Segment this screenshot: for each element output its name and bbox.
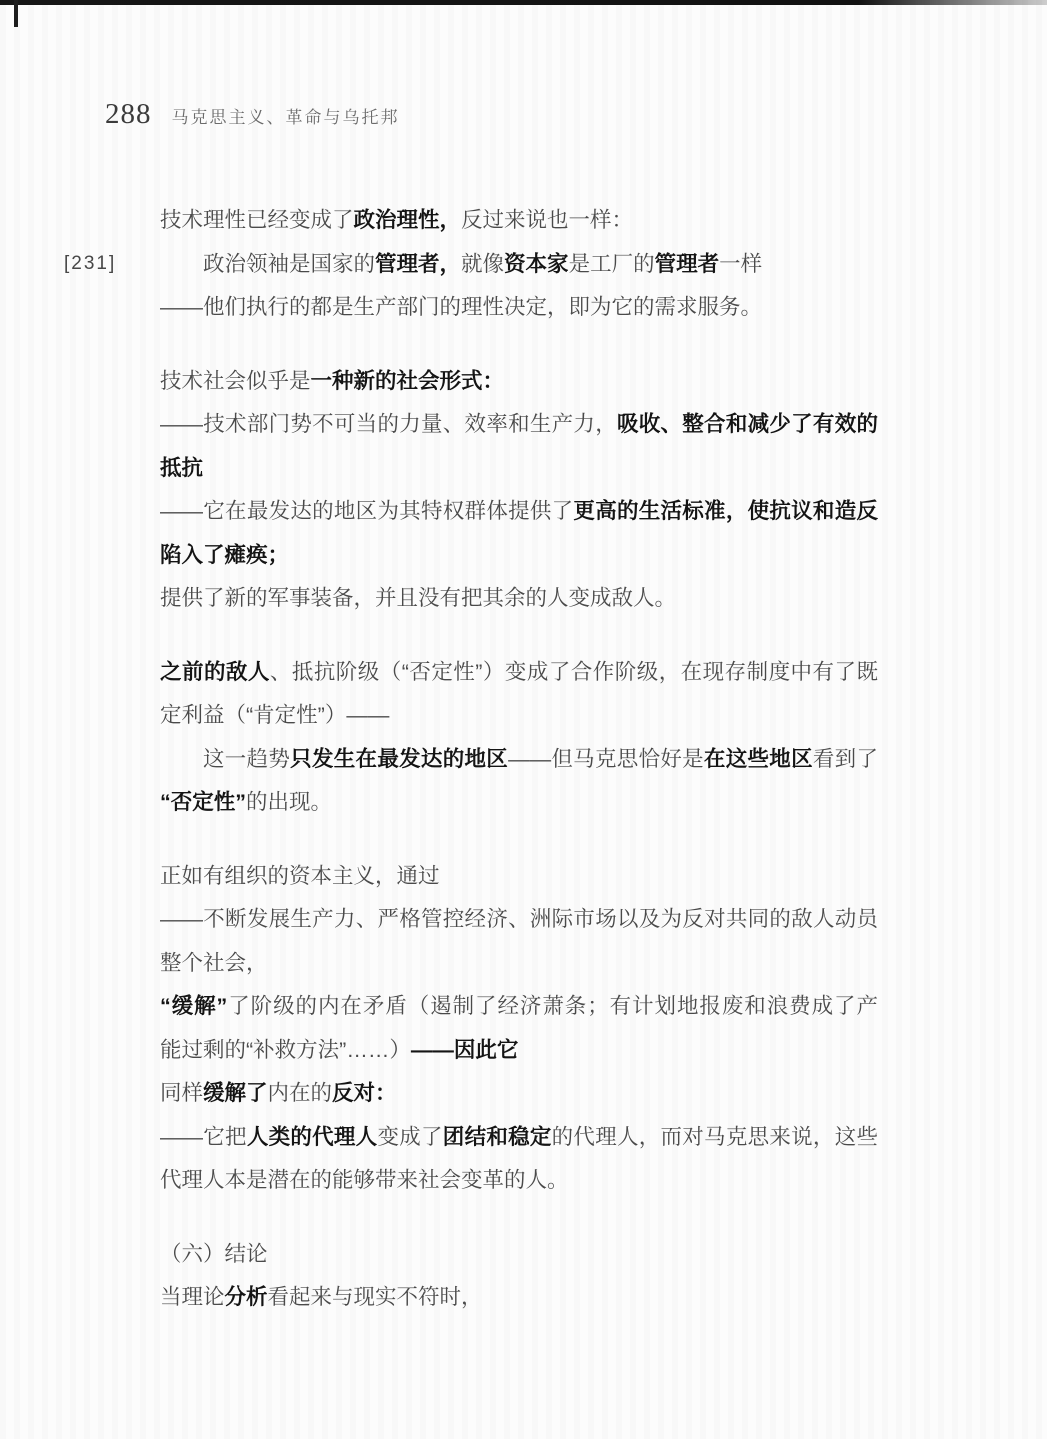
bold-text-run: 政治理性， — [354, 208, 462, 232]
body-text: 技术理性已经变成了政治理性，反过来说也一样：政治领袖是国家的管理者，就像资本家是… — [160, 199, 878, 1320]
text-line: ——他们执行的都是生产部门的理性决定，即为它的需求服务。 — [160, 286, 878, 330]
text-run: 一样 — [719, 252, 762, 276]
bold-text-run: 分析 — [225, 1285, 268, 1309]
page-container: { "header": { "page_number": "288", "boo… — [0, 0, 1047, 1439]
page-header: 288 马克思主义、革命与乌托邦 — [105, 98, 400, 131]
text-line: 之前的敌人、抵抗阶级（“否定性”）变成了合作阶级，在现存制度中有了既 — [160, 651, 878, 695]
bold-text-run: “否定性” — [160, 790, 246, 814]
text-line: 能过剩的“补救方法”……）——因此它 — [160, 1029, 878, 1073]
bold-text-run: 之前的敌人 — [160, 660, 270, 684]
bold-text-run: 在这些地区 — [704, 747, 813, 771]
text-run: 同样 — [160, 1081, 203, 1105]
bold-text-run: 缓解了 — [203, 1081, 268, 1105]
text-run: 、抵抗阶级（“否定性”）变成了合作阶级，在现存制度中有了既 — [270, 660, 878, 684]
text-line: 这一趋势只发生在最发达的地区——但马克思恰好是在这些地区看到了 — [160, 738, 878, 782]
text-run: ——但马克思恰好是 — [508, 747, 704, 771]
text-line: 技术社会似乎是一种新的社会形式： — [160, 360, 878, 404]
text-run: 政治领袖是国家的 — [203, 252, 375, 276]
bold-text-run: ——因此它 — [411, 1038, 519, 1062]
text-line: 同样缓解了内在的反对： — [160, 1072, 878, 1116]
text-run: 内在的 — [268, 1081, 333, 1105]
text-line: 正如有组织的资本主义，通过 — [160, 855, 878, 899]
text-run: 的出现。 — [246, 790, 332, 814]
text-run: 反过来说也一样： — [461, 208, 633, 232]
page-number: 288 — [105, 98, 152, 131]
text-line: ——技术部门势不可当的力量、效率和生产力，吸收、整合和减少了有效的 — [160, 403, 878, 447]
margin-note: [231] — [64, 253, 116, 275]
text-run: 看到了 — [813, 747, 878, 771]
scan-artifact-corner-tick — [14, 0, 18, 27]
text-run: ——技术部门势不可当的力量、效率和生产力， — [160, 412, 617, 436]
text-run: 是工厂的 — [569, 252, 655, 276]
text-line: （六）结论 — [160, 1233, 878, 1277]
text-run: 看起来与现实不符时， — [268, 1285, 483, 1309]
bold-text-run: 一种新的社会形式： — [311, 369, 505, 393]
text-line: 代理人本是潜在的能够带来社会变革的人。 — [160, 1159, 878, 1203]
text-line: 当理论分析看起来与现实不符时， — [160, 1276, 878, 1320]
text-line: 整个社会， — [160, 942, 878, 986]
text-run: 提供了新的军事装备，并且没有把其余的人变成敌人。 — [160, 586, 676, 610]
book-title: 马克思主义、革命与乌托邦 — [172, 103, 400, 128]
text-line: “缓解”了阶级的内在矛盾（遏制了经济萧条；有计划地报废和浪费成了产 — [160, 985, 878, 1029]
text-line: ——它在最发达的地区为其特权群体提供了更高的生活标准，使抗议和造反 — [160, 490, 878, 534]
bold-text-run: 资本家 — [504, 252, 569, 276]
text-line: 政治领袖是国家的管理者，就像资本家是工厂的管理者一样 — [160, 243, 878, 287]
paragraph: 技术社会似乎是一种新的社会形式：——技术部门势不可当的力量、效率和生产力，吸收、… — [160, 360, 878, 621]
text-line: 定利益（“肯定性”）—— — [160, 694, 878, 738]
bold-text-run: 陷入了瘫痪； — [160, 543, 289, 567]
paragraph: 技术理性已经变成了政治理性，反过来说也一样：政治领袖是国家的管理者，就像资本家是… — [160, 199, 878, 330]
text-run: 的代理人，而对马克思来说，这些 — [552, 1125, 878, 1149]
bold-text-run: 吸收、整合和减少了有效的 — [617, 412, 878, 436]
bold-text-run: 更高的生活标准，使抗议和造反 — [573, 499, 878, 523]
text-run: 整个社会， — [160, 951, 268, 975]
text-run: 定利益（“肯定性”）—— — [160, 703, 389, 727]
bold-text-run: 反对： — [332, 1081, 397, 1105]
text-run: 能过剩的“补救方法”……） — [160, 1038, 411, 1062]
bold-text-run: 管理者， — [375, 252, 461, 276]
text-run: ——它在最发达的地区为其特权群体提供了 — [160, 499, 573, 523]
text-line: 陷入了瘫痪； — [160, 534, 878, 578]
scan-artifact-top-bar — [0, 0, 1047, 5]
paragraph: 正如有组织的资本主义，通过——不断发展生产力、严格管控经济、洲际市场以及为反对共… — [160, 855, 878, 1203]
paragraph: （六）结论当理论分析看起来与现实不符时， — [160, 1233, 878, 1320]
text-run: （六）结论 — [160, 1242, 268, 1266]
text-line: ——不断发展生产力、严格管控经济、洲际市场以及为反对共同的敌人动员 — [160, 898, 878, 942]
text-run: 正如有组织的资本主义，通过 — [160, 864, 440, 888]
text-run: 代理人本是潜在的能够带来社会变革的人。 — [160, 1168, 569, 1192]
bold-text-run: 管理者 — [655, 252, 720, 276]
text-run: 就像 — [461, 252, 504, 276]
bold-text-run: 抵抗 — [160, 456, 203, 480]
bold-text-run: 人类的代理人 — [247, 1125, 378, 1149]
text-line: 技术理性已经变成了政治理性，反过来说也一样： — [160, 199, 878, 243]
text-line: “否定性”的出现。 — [160, 781, 878, 825]
text-run: ——他们执行的都是生产部门的理性决定，即为它的需求服务。 — [160, 295, 762, 319]
bold-text-run: 团结和稳定 — [443, 1125, 552, 1149]
text-run: 了阶级的内在矛盾（遏制了经济萧条；有计划地报废和浪费成了产 — [227, 994, 878, 1018]
text-line: 抵抗 — [160, 447, 878, 491]
text-run: ——它把 — [160, 1125, 247, 1149]
paragraph: 之前的敌人、抵抗阶级（“否定性”）变成了合作阶级，在现存制度中有了既定利益（“肯… — [160, 651, 878, 825]
text-run: ——不断发展生产力、严格管控经济、洲际市场以及为反对共同的敌人动员 — [160, 907, 878, 931]
text-run: 当理论 — [160, 1285, 225, 1309]
text-run: 这一趋势 — [203, 747, 290, 771]
text-run: 技术理性已经变成了 — [160, 208, 354, 232]
text-line: 提供了新的军事装备，并且没有把其余的人变成敌人。 — [160, 577, 878, 621]
text-line: ——它把人类的代理人变成了团结和稳定的代理人，而对马克思来说，这些 — [160, 1116, 878, 1160]
bold-text-run: “缓解” — [160, 994, 227, 1018]
text-run: 技术社会似乎是 — [160, 369, 311, 393]
bold-text-run: 只发生在最发达的地区 — [290, 747, 508, 771]
text-run: 变成了 — [377, 1125, 442, 1149]
